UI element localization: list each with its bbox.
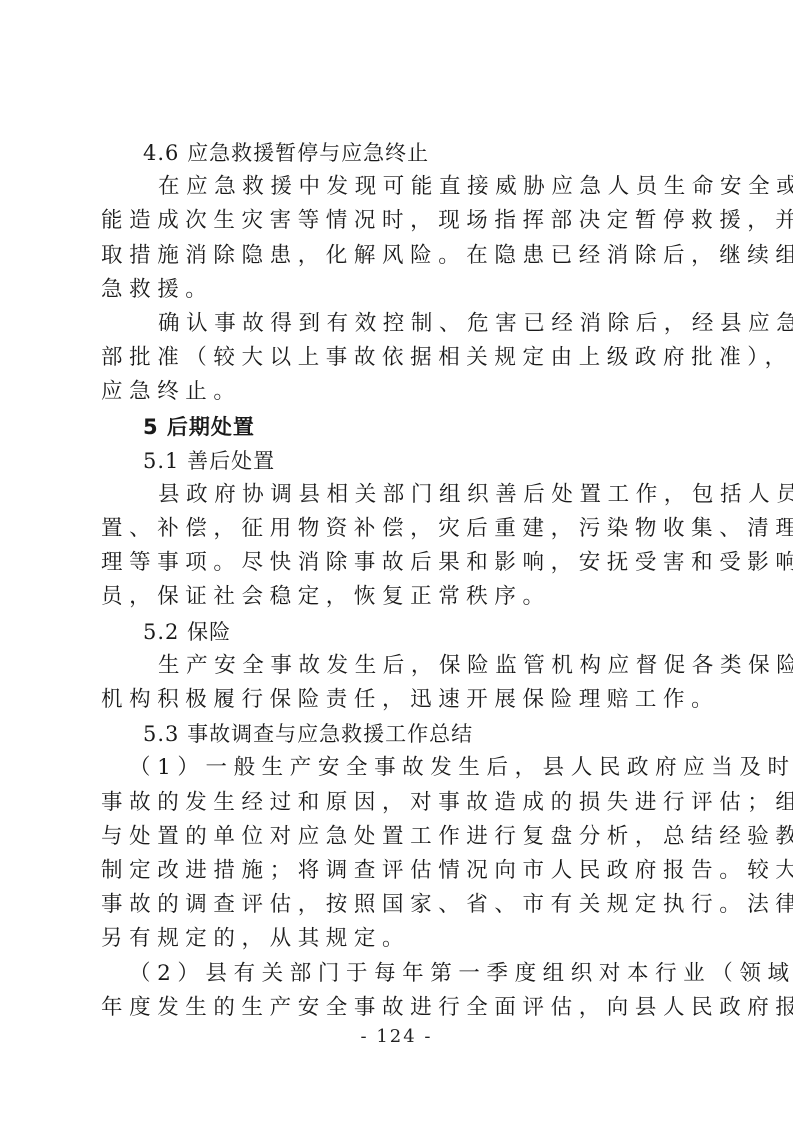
paragraph-line: 理等事项。尽快消除事故后果和影响，安抚受害和受影响人 [101, 546, 698, 580]
paragraph-line: 部批准（较大以上事故依据相关规定由上级政府批准），宣布 [101, 341, 698, 375]
paragraph-line: 事故的调查评估，按照国家、省、市有关规定执行。法律法规 [101, 888, 698, 922]
paragraph-line: 另有规定的，从其规定。 [101, 922, 698, 956]
paragraph-line: 生产安全事故发生后，保险监管机构应督促各类保险经办 [101, 649, 698, 683]
paragraph-line: 取措施消除隐患，化解风险。在隐患已经消除后，继续组织应 [101, 239, 698, 273]
paragraph-line: （2）县有关部门于每年第一季度组织对本行业（领域）上 [101, 957, 698, 991]
section-heading-5: 5 后期处置 [101, 410, 698, 444]
paragraph-line: 应急终止。 [101, 375, 698, 409]
section-heading-5-2: 5.2 保险 [101, 615, 698, 649]
paragraph-line: 机构积极履行保险责任，迅速开展保险理赔工作。 [101, 683, 698, 717]
paragraph-line: 事故的发生经过和原因，对事故造成的损失进行评估；组织参 [101, 786, 698, 820]
section-heading-4-6: 4.6 应急救援暂停与应急终止 [101, 136, 698, 170]
section-heading-5-3: 5.3 事故调查与应急救援工作总结 [101, 717, 698, 751]
section-heading-5-1: 5.1 善后处置 [101, 444, 698, 478]
paragraph-line: 确认事故得到有效控制、危害已经消除后，经县应急指挥 [101, 307, 698, 341]
paragraph-line: （1）一般生产安全事故发生后，县人民政府应当及时查明 [101, 751, 698, 785]
paragraph-line: 年度发生的生产安全事故进行全面评估，向县人民政府报告， [101, 991, 698, 1025]
paragraph-line: 与处置的单位对应急处置工作进行复盘分析，总结经验教训， [101, 820, 698, 854]
paragraph-line: 急救援。 [101, 273, 698, 307]
paragraph-line: 置、补偿，征用物资补偿，灾后重建，污染物收集、清理与处 [101, 512, 698, 546]
page-number: - 124 - [0, 1026, 793, 1047]
paragraph-line: 在应急救援中发现可能直接威胁应急人员生命安全或者可 [101, 170, 698, 204]
document-body: 4.6 应急救援暂停与应急终止 在应急救援中发现可能直接威胁应急人员生命安全或者… [101, 136, 698, 1025]
paragraph-line: 能造成次生灾害等情况时，现场指挥部决定暂停救援，并应采 [101, 204, 698, 238]
paragraph-line: 县政府协调县相关部门组织善后处置工作，包括人员安 [101, 478, 698, 512]
paragraph-line: 制定改进措施；将调查评估情况向市人民政府报告。较大以上 [101, 854, 698, 888]
paragraph-line: 员，保证社会稳定，恢复正常秩序。 [101, 580, 698, 614]
